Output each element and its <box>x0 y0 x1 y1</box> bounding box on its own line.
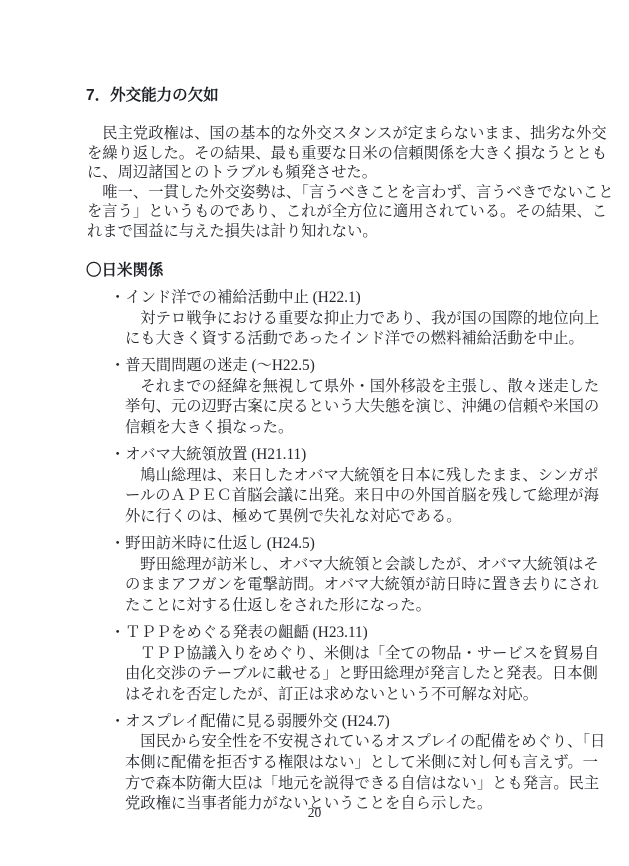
paragraph-line: を言う」というものであり、これが全方位に適用されている。その結果、こ <box>87 202 614 222</box>
text-line: 対テロ戦争における重要な抑止力であり、我が国の国際的地位向上 <box>125 309 605 330</box>
bullet-item-title: ・インド洋での補給活動中止 (H22.1) <box>110 288 605 309</box>
list-item: ・オスプレイ配備に見る弱腰外交 (H24.7) 国民から安全性を不安視されている… <box>110 712 605 815</box>
paragraph-line: 唯一、一貫した外交姿勢は、「言うべきことを言わず、言うべきでないこと <box>87 183 614 203</box>
document-page: 7．外交能力の欠如 民主党政権は、国の基本的な外交スタンスが定まらないまま、拙劣… <box>0 0 629 866</box>
text-line: それまでの経緯を無視して県外・国外移設を主張し、散々迷走した <box>125 377 605 398</box>
text-line: 由化交渉のテーブルに載せる」と野田総理が発言したと発表。日本側 <box>125 664 605 685</box>
text-line: はそれを否定したが、訂正は求めないという不可解な対応。 <box>125 685 605 706</box>
text-line: 外に行くのは、極めて異例で失礼な対応である。 <box>125 507 605 528</box>
list-item: ・オバマ大統領放置 (H21.11) 鳩山総理は、来日したオバマ大統領を日本に残… <box>110 445 605 527</box>
text-line: 鳩山総理は、来日したオバマ大統領を日本に残したまま、シンガポ <box>125 466 605 487</box>
bullet-item-body: それまでの経緯を無視して県外・国外移設を主張し、散々迷走した 挙句、元の辺野古案… <box>125 377 605 439</box>
text-line: 国民から安全性を不安視されているオスプレイの配備をめぐり、「日 <box>125 732 605 753</box>
bullet-item-body: 対テロ戦争における重要な抑止力であり、我が国の国際的地位向上 にも大きく資する活… <box>125 309 605 350</box>
page-title: 7．外交能力の欠如 <box>86 83 219 105</box>
bullet-item-body: 野田総理が訪米し、オバマ大統領と会談したが、オバマ大統領はそ のままアフガンを電… <box>125 555 605 617</box>
text-line: 挙句、元の辺野古案に戻るという大失態を演じ、沖縄の信頼や米国の <box>125 397 605 418</box>
text-line: 本側に配備を拒否する権限はない」として米側に対し何も言えず。一 <box>125 753 605 774</box>
paragraph-line: に、周辺諸国とのトラブルも頻発させた。 <box>87 163 614 183</box>
text-line: たことに対する仕返しをされた形になった。 <box>125 596 605 617</box>
bullet-item-title: ・普天間問題の迷走 (～H22.5) <box>110 356 605 377</box>
intro-paragraphs: 民主党政権は、国の基本的な外交スタンスが定まらないまま、拙劣な外交 を繰り返した… <box>87 124 614 242</box>
text-line: のままアフガンを電撃訪問。オバマ大統領が訪日時に置き去りにされ <box>125 575 605 596</box>
list-item: ・普天間問題の迷走 (～H22.5) それまでの経緯を無視して県外・国外移設を主… <box>110 356 605 438</box>
bullet-item-title: ・オバマ大統領放置 (H21.11) <box>110 445 605 466</box>
list-item: ・野田訪米時に仕返し (H24.5) 野田総理が訪米し、オバマ大統領と会談したが… <box>110 534 605 616</box>
text-line: ＴＰＰ協議入りをめぐり、米側は「全ての物品・サービスを貿易自 <box>125 644 605 665</box>
list-item: ・ＴＰＰをめぐる発表の齟齬 (H23.11) ＴＰＰ協議入りをめぐり、米側は「全… <box>110 623 605 705</box>
paragraph-line: 民主党政権は、国の基本的な外交スタンスが定まらないまま、拙劣な外交 <box>87 124 614 144</box>
page-number: 20 <box>0 805 629 821</box>
text-line: 信頼を大きく損なった。 <box>125 418 605 439</box>
subsection-title: 〇日米関係 <box>86 258 164 280</box>
text-line: にも大きく資する活動であったインド洋での燃料補給活動を中止。 <box>125 329 605 350</box>
text-line: 方で森本防衛大臣は「地元を説得できる自信はない」とも発言。民主 <box>125 774 605 795</box>
bullet-item-body: 鳩山総理は、来日したオバマ大統領を日本に残したまま、シンガポ ールのＡＰＥＣ首脳… <box>125 466 605 528</box>
bullet-list: ・インド洋での補給活動中止 (H22.1) 対テロ戦争における重要な抑止力であり… <box>110 288 605 821</box>
bullet-item-title: ・野田訪米時に仕返し (H24.5) <box>110 534 605 555</box>
paragraph-line: れまで国益に与えた損失は計り知れない。 <box>87 222 614 242</box>
text-line: 野田総理が訪米し、オバマ大統領と会談したが、オバマ大統領はそ <box>125 555 605 576</box>
bullet-item-title: ・オスプレイ配備に見る弱腰外交 (H24.7) <box>110 712 605 733</box>
bullet-item-body: ＴＰＰ協議入りをめぐり、米側は「全ての物品・サービスを貿易自 由化交渉のテーブル… <box>125 644 605 706</box>
bullet-item-body: 国民から安全性を不安視されているオスプレイの配備をめぐり、「日 本側に配備を拒否… <box>125 732 605 814</box>
paragraph-line: を繰り返した。その結果、最も重要な日米の信頼関係を大きく損なうととも <box>87 144 614 164</box>
bullet-item-title: ・ＴＰＰをめぐる発表の齟齬 (H23.11) <box>110 623 605 644</box>
list-item: ・インド洋での補給活動中止 (H22.1) 対テロ戦争における重要な抑止力であり… <box>110 288 605 350</box>
text-line: ールのＡＰＥＣ首脳会議に出発。来日中の外国首脳を残して総理が海 <box>125 486 605 507</box>
